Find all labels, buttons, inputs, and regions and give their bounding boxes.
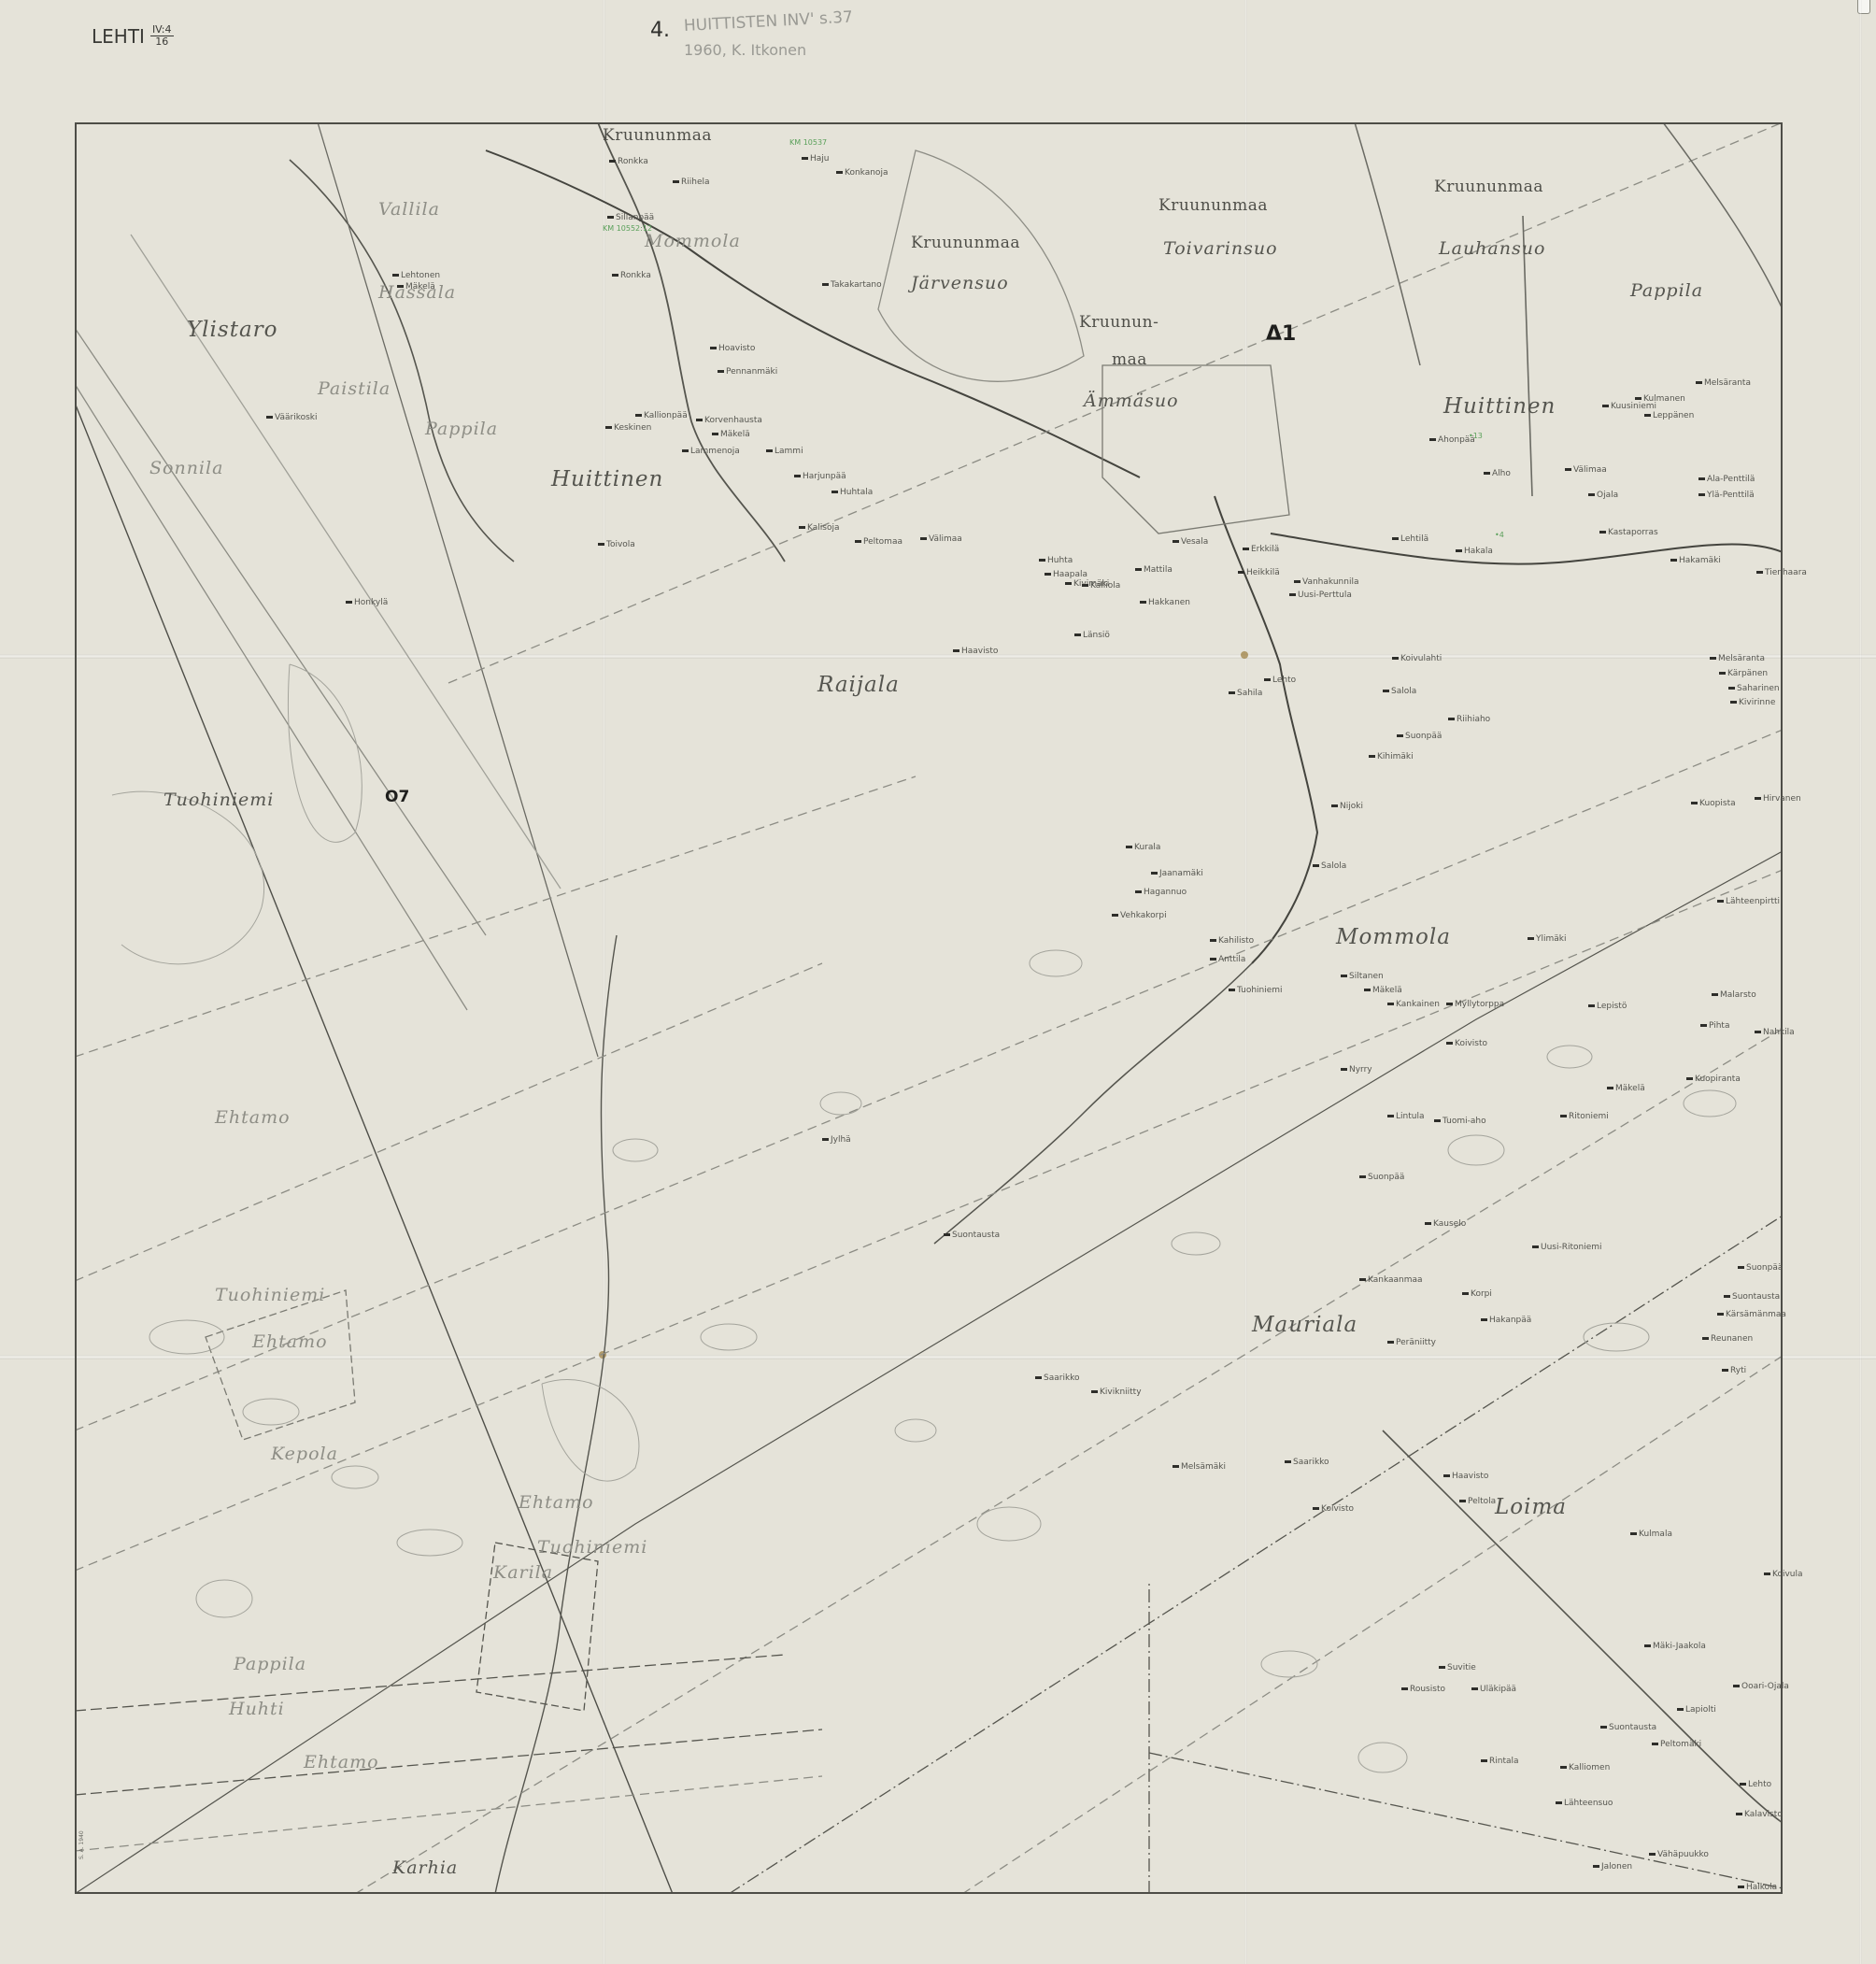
region-label: Pappila [425,419,498,439]
farm-label: Mäkelä [712,430,750,439]
region-label: Paistila [318,378,391,399]
farm-label: Lehto [1740,1780,1771,1789]
farm-label: Suonpää [1738,1263,1783,1273]
find-annotation: •4 [1495,531,1504,539]
farm-label: Kankaanmaa [1359,1275,1423,1285]
farm-label: Ylimäki [1528,934,1567,944]
farm-label: Lehtonen [392,271,440,280]
sheet-label: LEHTI IV:4 16 [92,24,174,48]
annotation-line1: HUITTISTEN INV' s.37 [683,8,853,36]
farm-label: Suontausta [1600,1723,1656,1732]
farm-label: Pihta [1700,1021,1729,1031]
farm-label: Haavisto [953,647,998,656]
farm-label: Peltomäki [1652,1740,1701,1749]
farm-label: Suonpää [1397,732,1442,741]
farm-label: Tienhaara [1756,568,1807,577]
farm-label: Ryti [1722,1366,1746,1375]
farm-label: Ylä-Penttilä [1698,491,1755,500]
farm-label: Lepistö [1588,1002,1627,1011]
region-label: Tuohiniemi [163,790,274,810]
farm-label: Kivirinne [1730,698,1775,707]
farm-label: Heikkilä [1238,568,1280,577]
farm-label: Kärsämänmaa [1717,1310,1786,1319]
region-label: Mommola [1336,925,1451,949]
sheet-fraction-denominator: 16 [155,36,168,48]
region-label: Huittinen [1443,394,1556,419]
farm-label: Lähteensuo [1556,1799,1613,1808]
region-label: Kruununmaa [603,126,712,145]
region-label: Raijala [817,673,900,697]
farm-label: Hakkanen [1140,598,1190,607]
farm-label: Riihiaho [1448,715,1490,724]
farm-label: Peräniitty [1387,1338,1436,1347]
farm-label: Koivulahti [1392,654,1442,663]
farm-label: Hirvanen [1755,794,1801,804]
farm-label: Hakala [1456,547,1493,556]
farm-label: Välimaa [1565,465,1607,475]
farm-label: Uläkipää [1471,1685,1516,1694]
find-annotation: KM 10552:12 [603,224,652,233]
farm-label: Melsäranta [1710,654,1765,663]
farm-label: Hakanpää [1481,1316,1531,1325]
triangle-site-marker-icon: Δ1 [1266,322,1296,346]
farm-label: Riihela [673,178,710,187]
region-label: Kruununmaa [1158,196,1268,215]
region-label: Lauhansuo [1439,238,1545,259]
farm-label: Korvenhausta [696,416,762,425]
farm-label: Toivola [598,540,635,549]
farm-label: Lintula [1387,1112,1424,1121]
annotation-number: 4. [650,19,670,42]
farm-label: Saarikko [1035,1373,1080,1383]
farm-label: Ronkka [609,157,648,166]
region-label: Toivarinsuo [1163,238,1278,259]
farm-label: Takakartano [822,280,882,290]
region-label: Tuohiniemi [537,1537,647,1558]
farm-label: Kuopiranta [1686,1075,1741,1084]
farm-label: Ritoniemi [1560,1112,1609,1121]
farm-label: Keskinen [605,423,651,433]
farm-label: Haavisto [1443,1472,1488,1481]
farm-label: Jalonen [1593,1862,1632,1871]
farm-label: Kärpänen [1719,669,1768,678]
farm-label: Suontausta [1724,1292,1780,1302]
farm-label: Jaanamäki [1151,869,1203,878]
farm-label: Kahilisto [1210,936,1254,946]
farm-label: Peltomaa [855,537,902,547]
farm-label: Pennanmäki [718,367,777,377]
farm-label: Ronkka [612,271,651,280]
farm-label: Kastaporras [1599,528,1658,537]
region-label: Kepola [271,1444,338,1464]
region-label: Kruunun- [1079,313,1158,332]
circle-site-marker-icon: O7 [385,788,409,806]
region-label: Ylistaro [187,318,278,342]
farm-label: Ojala [1588,491,1618,500]
region-label: Huittinen [551,467,663,491]
farm-label: Kihimäki [1369,752,1414,761]
farm-label: Kalavisto [1736,1810,1783,1819]
find-annotation: •13 [1469,432,1483,440]
farm-label: Lapiolti [1677,1705,1716,1715]
farm-label: Lehtilä [1392,534,1428,544]
farm-label: Siltanen [1341,972,1384,981]
farm-label: Suontausta [944,1231,1000,1240]
farm-label: Väärikoski [266,413,318,422]
farm-label: Lammenoja [682,447,740,456]
annotation-line2: 1960, K. Itkonen [684,41,806,59]
farm-label: Saarikko [1285,1458,1329,1467]
farm-label: Rousisto [1401,1685,1445,1694]
farm-label: Tuomi-aho [1434,1117,1486,1126]
farm-label: Vähäpuukko [1649,1850,1709,1859]
find-annotation: KM 10537 [789,138,827,147]
region-label: Sonnila [149,458,223,478]
region-label: Loima [1495,1495,1567,1519]
farm-label: Tuohiniemi [1229,986,1283,995]
farm-label: Kallionpää [635,411,688,420]
farm-label: Koivisto [1446,1039,1487,1048]
farm-label: Kulmanen [1635,394,1685,404]
region-label: maa [1112,350,1147,369]
farm-label: Kalisoja [799,523,839,533]
region-label: Pappila [234,1654,306,1674]
region-label: Järvensuo [911,273,1009,293]
farm-label: Reunanen [1702,1334,1753,1344]
farm-label: Hoavisto [710,344,755,353]
farm-label: Halkola [1738,1883,1777,1892]
farm-label: Hagannuo [1135,888,1187,897]
farm-label: Uusi-Perttula [1289,591,1352,600]
farm-label: Suonpää [1359,1173,1404,1182]
farm-label: Kauselo [1425,1219,1466,1229]
farm-label: Rintala [1481,1757,1519,1766]
farm-label: Myllytorppa [1446,1000,1504,1009]
farm-label: Huhta [1039,556,1073,565]
farm-label: Länsiö [1074,631,1110,640]
region-label: Huhti [229,1699,285,1719]
farm-label: Konkanoja [836,168,888,178]
farm-label: Mattila [1135,565,1172,575]
region-label: Kruununmaa [911,234,1020,252]
farm-label: Lähteenpirtti [1717,897,1780,906]
farm-label: Kalliomen [1560,1763,1610,1772]
region-label: Ehtamo [304,1752,379,1772]
farm-label: Vanhakunnila [1294,577,1358,587]
farm-label: Kulmala [1630,1530,1672,1539]
farm-label: Ala-Penttilä [1698,475,1755,484]
farm-label: Saharinen [1728,684,1780,693]
farm-label: Honkylä [346,598,388,607]
farm-label: Nahkila [1755,1028,1795,1037]
region-label: Kruununmaa [1434,178,1543,196]
fold-line-vertical [1859,0,1862,1964]
farm-label: Sahila [1229,689,1262,698]
farm-label: Koivula [1764,1570,1803,1579]
farm-label: Leppänen [1644,411,1694,420]
region-label: Tuohiniemi [215,1285,325,1305]
printer-mark: S. A. 1940 [78,1830,85,1859]
farm-label: Lammi [766,447,803,456]
farm-label: Sillanpää [607,213,654,222]
farm-label: Välimaa [920,534,962,544]
farm-label: Uusi-Ritoniemi [1532,1243,1602,1252]
farm-label: Jylhä [822,1135,851,1145]
farm-label: Vehkakorpi [1112,911,1167,920]
farm-label: Anttila [1210,955,1245,964]
region-label: Ehtamo [215,1107,291,1128]
farm-label: Harjunpää [794,472,846,481]
sheet-fraction: IV:4 16 [150,24,174,48]
farm-label: Ooari-Ojala [1733,1682,1789,1691]
region-label: Ehtamo [252,1331,328,1352]
farm-label: Erkkilä [1243,545,1279,554]
farm-label: Kalliola [1082,581,1120,591]
farm-label: Vesala [1172,537,1208,547]
farm-label: Melsäranta [1696,378,1751,388]
region-label: Vallila [378,199,440,220]
farm-label: Haju [802,154,830,164]
sheet-label-text: LEHTI [92,25,145,48]
farm-label: Mäki-Jaakola [1644,1642,1706,1651]
region-label: Pappila [1630,280,1703,301]
farm-label: Kivikniitty [1091,1388,1142,1397]
farm-label: Korpi [1462,1289,1492,1299]
region-label: Mommola [645,231,741,251]
region-label: Mauriala [1252,1313,1357,1337]
region-label: Karhia [392,1857,458,1878]
farm-label: Koivisto [1313,1504,1354,1514]
farm-label: Nyrry [1341,1065,1372,1075]
region-label: Karila [493,1562,553,1583]
farm-label: Hakamäki [1670,556,1721,565]
farm-label: Salola [1313,861,1346,871]
farm-label: Huhtala [831,488,873,497]
farm-label: Haapala [1045,570,1087,579]
farm-label: Lehto [1264,676,1296,685]
region-label: Ämmäsuo [1084,391,1179,411]
farm-label: Kankainen [1387,1000,1440,1009]
farm-label: Mäkelä [1607,1084,1645,1093]
farm-label: Mäkelä [397,282,435,292]
farm-label: Peltola [1459,1497,1496,1506]
farm-label: Nijoki [1331,802,1363,811]
farm-label: Melsämäki [1172,1462,1226,1472]
farm-label: Salola [1383,687,1416,696]
farm-label: Alho [1484,469,1511,478]
farm-label: Suvitie [1439,1663,1476,1672]
region-label: Ehtamo [519,1492,594,1513]
farm-label: Kurala [1126,843,1160,852]
farm-label: Malarsto [1712,990,1756,1000]
farm-label: Mäkelä [1364,986,1402,995]
farm-label: Kuopista [1691,799,1736,808]
